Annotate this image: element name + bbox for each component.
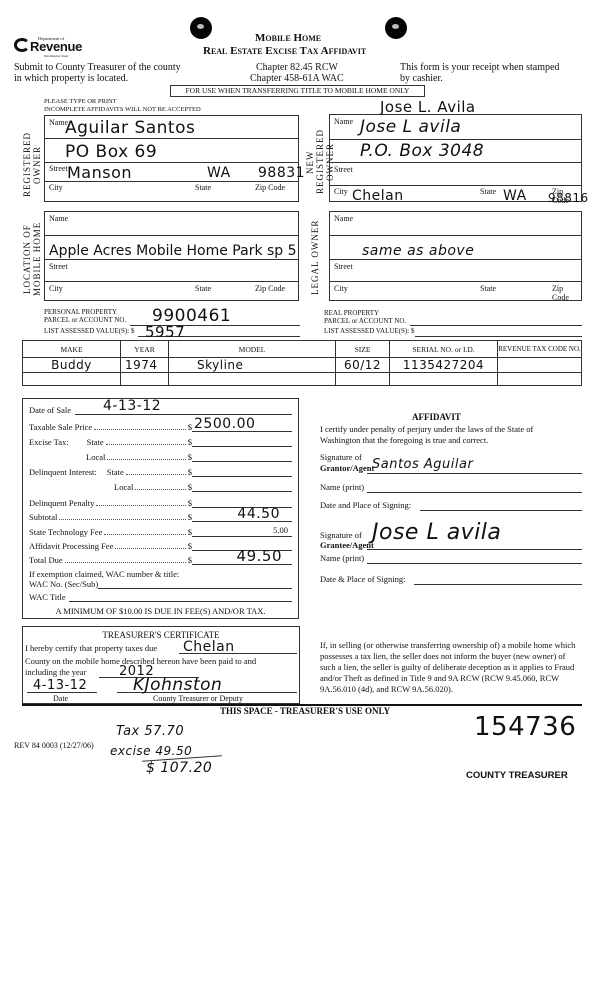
certificate-text-3: including the year xyxy=(25,667,86,677)
state-label: State xyxy=(195,183,211,192)
delinquent-local-field[interactable] xyxy=(192,480,292,492)
grantor-sig-label-2: Grantor/Agent xyxy=(320,463,374,473)
date-of-sale-label: Date of Sale xyxy=(29,405,71,415)
new-owner-state[interactable]: WA xyxy=(503,188,527,204)
cell-tax-code[interactable] xyxy=(498,358,582,373)
grantee-signature[interactable]: Jose L avila xyxy=(372,520,501,545)
name-label: Name xyxy=(334,214,353,223)
punch-hole-left xyxy=(190,17,212,39)
location-label-line1: LOCATION OF xyxy=(22,224,32,294)
affidavit-statement-2: Washington that the foregoing is true an… xyxy=(320,435,488,445)
receipt-number: 154736 xyxy=(474,712,576,742)
treasurer-certificate-box: TREASURER'S CERTIFICATE I hereby certify… xyxy=(22,626,300,704)
registered-owner-address[interactable]: PO Box 69 xyxy=(65,142,157,162)
taxable-sale-price-value: 2500.00 xyxy=(194,416,255,432)
treasurer-certificate-title: TREASURER'S CERTIFICATE xyxy=(23,630,299,640)
location-street[interactable]: Apple Acres Mobile Home Park sp 5 xyxy=(49,243,297,259)
total-due-field[interactable]: 49.50 xyxy=(192,553,292,565)
zip-label: Zip Code xyxy=(255,284,285,293)
date-of-sale-value: 4-13-12 xyxy=(103,398,161,414)
exemption-label: If exemption claimed, WAC number & title… xyxy=(29,569,179,579)
grantor-name-print-field[interactable] xyxy=(367,492,582,493)
street-label: Street xyxy=(49,262,68,271)
state-label: State xyxy=(480,187,496,196)
real-assessed-field[interactable] xyxy=(415,336,582,337)
instructions-1: PLEASE TYPE OR PRINT xyxy=(44,98,117,105)
new-registered-owner-box: Name Jose L avila P.O. Box 3048 Street C… xyxy=(329,114,582,202)
mobile-home-table: MAKE YEAR MODEL SIZE SERIAL NO. or I.D. … xyxy=(22,340,582,386)
treasurer-signature-label: County Treasurer or Deputy xyxy=(153,694,243,703)
cell-year[interactable]: 1974 xyxy=(121,358,169,373)
registered-owner-label: REGISTEREDOWNER xyxy=(22,120,42,210)
registered-owner-box: Name Aguilar Santos PO Box 69 Street Man… xyxy=(44,115,299,202)
zip-label: Zip Code xyxy=(552,284,581,302)
grantor-date-place-label: Date and Place of Signing: xyxy=(320,500,411,510)
county-treasurer-stamp: COUNTY TREASURER xyxy=(466,770,568,781)
legal-owner-label: LEGAL OWNER xyxy=(310,215,320,300)
note-total: $ 107.20 xyxy=(146,760,212,776)
certificate-date[interactable]: 4-13-12 xyxy=(33,678,87,693)
state-tech-fee-value: 5.00 xyxy=(273,525,288,535)
punch-hole-right xyxy=(385,17,407,39)
submit-text-1: Submit to County Treasurer of the county xyxy=(14,62,181,73)
grantor-date-place-field[interactable] xyxy=(420,510,582,511)
registered-label-line2: OWNER xyxy=(32,146,42,184)
personal-assessed-value[interactable]: 5957 xyxy=(145,323,185,341)
state-tech-fee-label: State Technology Fee xyxy=(29,527,102,537)
subtotal-field[interactable]: 44.50 xyxy=(192,510,292,522)
taxable-sale-price-label: Taxable Sale Price xyxy=(29,422,92,432)
tax-calculation-box: Date of Sale 4-13-12 Taxable Sale Price$… xyxy=(22,398,299,619)
note-tax: Tax 57.70 xyxy=(116,724,184,739)
excise-state-label: State xyxy=(87,437,104,447)
receipt-text-2: by cashier. xyxy=(400,73,443,84)
excise-local-label: Local xyxy=(86,452,105,462)
chapter-rcw: Chapter 82.45 RCW xyxy=(256,62,338,73)
chapter-wac: Chapter 458-61A WAC xyxy=(250,73,344,84)
cell-serial[interactable]: 1135427204 xyxy=(390,358,498,373)
dor-logo: Department of Revenue Washington State xyxy=(14,36,74,60)
logo-swoosh-icon xyxy=(14,38,30,52)
state-label: State xyxy=(480,284,496,293)
taxable-sale-price-field[interactable]: 2500.00 xyxy=(192,420,292,432)
col-year: YEAR xyxy=(121,341,169,358)
lien-notice: If, in selling (or otherwise transferrin… xyxy=(320,640,582,695)
submit-text-2: in which property is located. xyxy=(14,73,128,84)
grantee-sig-label-1: Signature of xyxy=(320,530,362,540)
excise-local-field[interactable] xyxy=(192,450,292,462)
legal-owner-box: Name same as above Street City State Zip… xyxy=(329,211,582,301)
registered-owner-zip[interactable]: 98831 xyxy=(258,165,305,181)
form-title-line1: Mobile Home xyxy=(255,32,321,44)
certificate-date-label: Date xyxy=(53,694,68,703)
col-model: MODEL xyxy=(169,341,336,358)
city-label: City xyxy=(334,187,348,196)
treasurer-signature[interactable]: KJohnston xyxy=(133,675,222,695)
cell-size[interactable] xyxy=(336,373,390,386)
instructions-2: INCOMPLETE AFFIDAVITS WILL NOT BE ACCEPT… xyxy=(44,106,201,113)
col-make: MAKE xyxy=(23,341,121,358)
location-label-line2: MOBILE HOME xyxy=(32,222,42,296)
wac-no-field[interactable] xyxy=(98,579,292,589)
city-label: City xyxy=(334,284,348,293)
certificate-county[interactable]: Chelan xyxy=(183,639,235,655)
grantee-name-print-label: Name (print) xyxy=(320,553,364,563)
city-label: City xyxy=(49,284,63,293)
excise-tax-label: Excise Tax: xyxy=(29,437,69,447)
excise-state-field[interactable] xyxy=(192,435,292,447)
personal-parcel-label: PARCEL or ACCOUNT NO. xyxy=(44,316,126,324)
subtotal-label: Subtotal xyxy=(29,512,57,522)
cell-make[interactable] xyxy=(23,373,121,386)
real-property-label: REAL PROPERTY xyxy=(324,309,379,317)
cell-make[interactable]: Buddy xyxy=(23,358,121,373)
delinquent-interest-label: Delinquent Interest: xyxy=(29,467,97,477)
location-box: Name Apple Acres Mobile Home Park sp 5 S… xyxy=(44,211,299,301)
logo-revenue-text: Revenue xyxy=(30,39,82,54)
wac-title-field[interactable] xyxy=(69,592,292,602)
location-label: LOCATION OFMOBILE HOME xyxy=(22,215,42,303)
col-serial: SERIAL NO. or I.D. xyxy=(390,341,498,358)
street-label: Street xyxy=(334,262,353,271)
table-row: Buddy 1974 Skyline 60/12 1135427204 xyxy=(23,358,582,373)
grantee-sig-label-2: Grantee/Agent xyxy=(320,540,374,550)
table-row xyxy=(23,373,582,386)
grantor-sig-label-1: Signature of xyxy=(320,452,362,462)
col-size: SIZE xyxy=(336,341,390,358)
state-tech-fee-field: 5.00 xyxy=(192,525,292,537)
date-of-sale-field[interactable]: 4-13-12 xyxy=(75,403,292,415)
wac-no-label: WAC No. (Sec/Sub) xyxy=(29,579,98,589)
name-label: Name xyxy=(49,214,68,223)
real-assessed-label: LIST ASSESSED VALUE(S): $ xyxy=(324,327,414,335)
legal-owner-street[interactable]: same as above xyxy=(362,243,474,259)
wac-title-label: WAC Title xyxy=(29,592,66,602)
logo-state-text: Washington State xyxy=(44,54,68,58)
form-title-line2: Real Estate Excise Tax Affidavit xyxy=(203,45,366,57)
certificate-text-1: I hereby certify that property taxes due xyxy=(25,643,157,653)
new-owner-address[interactable]: P.O. Box 3048 xyxy=(360,141,484,161)
cell-model[interactable] xyxy=(169,373,336,386)
real-parcel-label: PARCEL or ACCOUNT NO. xyxy=(324,317,406,325)
total-due-label: Total Due xyxy=(29,555,63,565)
cell-tax-code[interactable] xyxy=(498,373,582,386)
delinquent-local-label: Local xyxy=(114,482,133,492)
city-label: City xyxy=(49,183,63,192)
subtotal-value: 44.50 xyxy=(237,506,280,522)
receipt-text-1: This form is your receipt when stamped xyxy=(400,62,559,73)
new-owner-city[interactable]: Chelan xyxy=(352,188,404,204)
personal-assessed-label: LIST ASSESSED VALUE(S): $ xyxy=(44,327,134,335)
form-code: REV 84 0003 (12/27/06) xyxy=(14,741,94,750)
cell-size[interactable]: 60/12 xyxy=(336,358,390,373)
grantee-name-print-field[interactable] xyxy=(367,563,582,564)
grantor-signature[interactable]: Santos Aguilar xyxy=(372,457,473,472)
treasurer-use-title: THIS SPACE - TREASURER'S USE ONLY xyxy=(220,706,390,716)
affidavit-fee-label: Affidavit Processing Fee xyxy=(29,541,113,551)
total-due-value: 49.50 xyxy=(237,547,282,565)
registered-owner-name[interactable]: Aguilar Santos xyxy=(65,118,195,138)
new-owner-label-line1: NEW REGISTERED xyxy=(305,130,325,195)
cell-model[interactable]: Skyline xyxy=(169,358,336,373)
zip-label: Zip Code xyxy=(255,183,285,192)
grantee-date-place-label: Date & Place of Signing: xyxy=(320,574,405,584)
state-label: State xyxy=(195,284,211,293)
registered-owner-state[interactable]: WA xyxy=(207,165,231,181)
cell-serial[interactable] xyxy=(390,373,498,386)
grantee-date-place-field[interactable] xyxy=(414,584,582,585)
col-tax-code: REVENUE TAX CODE NO. xyxy=(498,341,582,358)
note-excise: excise 49.50 xyxy=(110,744,192,758)
grantor-name-print-label: Name (print) xyxy=(320,482,364,492)
personal-property-label: PERSONAL PROPERTY xyxy=(44,308,117,316)
minimum-notice: A MINIMUM OF $10.00 IS DUE IN FEE(S) AND… xyxy=(23,606,298,616)
delinquent-state-label: State xyxy=(107,467,124,477)
affidavit-title: AFFIDAVIT xyxy=(412,412,461,422)
delinquent-state-field[interactable] xyxy=(192,465,292,477)
registered-owner-city[interactable]: Manson xyxy=(67,163,132,182)
name-label: Name xyxy=(334,117,353,126)
cell-year[interactable] xyxy=(121,373,169,386)
affidavit-statement-1: I certify under penalty of perjury under… xyxy=(320,424,533,434)
registered-label-line1: REGISTERED xyxy=(22,133,32,198)
new-owner-zip[interactable]: 98816 xyxy=(548,191,589,205)
use-notice-box: FOR USE WHEN TRANSFERRING TITLE TO MOBIL… xyxy=(170,85,425,97)
street-label: Street xyxy=(334,165,353,174)
real-parcel-field[interactable] xyxy=(410,325,582,326)
street-label: Street xyxy=(49,164,68,173)
legal-owner-label-text: LEGAL OWNER xyxy=(310,220,320,295)
new-owner-name-signature[interactable]: Jose L avila xyxy=(360,117,461,137)
delinquent-penalty-label: Delinquent Penalty xyxy=(29,498,94,508)
